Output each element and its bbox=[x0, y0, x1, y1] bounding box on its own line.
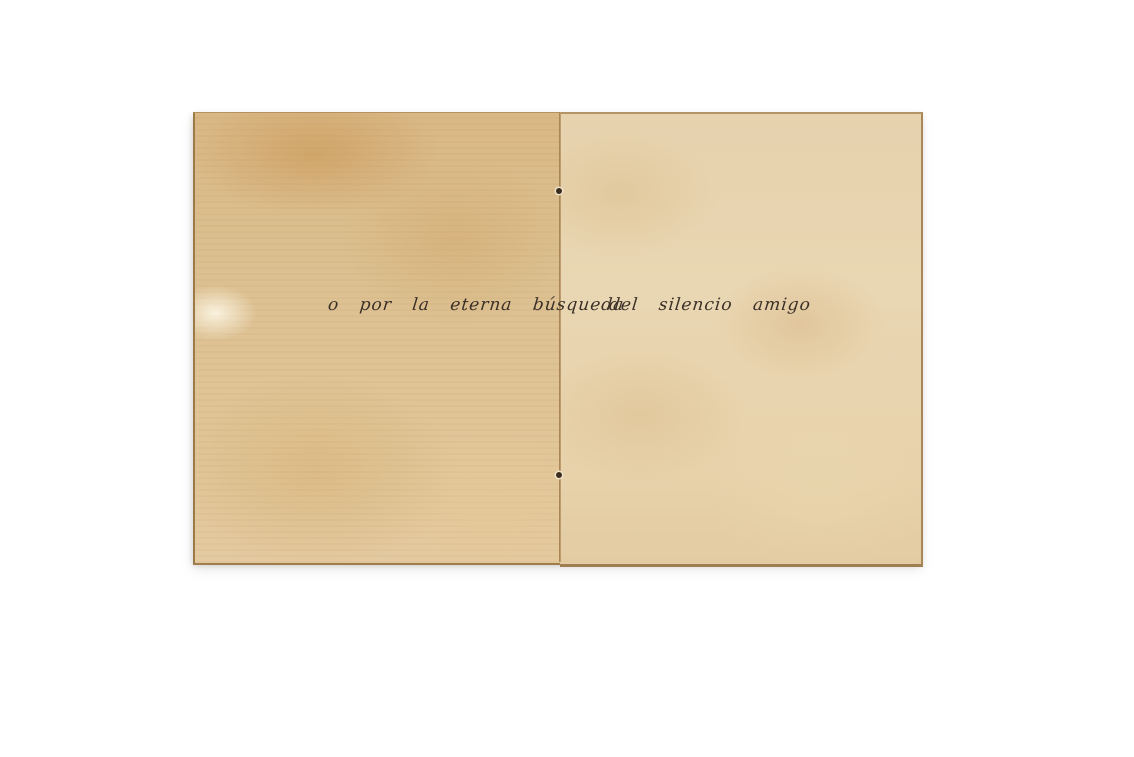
handwritten-word: la bbox=[411, 295, 431, 315]
handwritten-word: o bbox=[327, 295, 340, 315]
stitch-hole-bottom bbox=[556, 472, 562, 478]
book-spine bbox=[559, 112, 561, 562]
handwritten-word: eterna bbox=[449, 295, 513, 315]
handwritten-word: amigo bbox=[752, 295, 812, 315]
handwritten-text-left: o por la eterna búsqueda bbox=[327, 295, 639, 315]
stitch-hole-top bbox=[556, 188, 562, 194]
right-page bbox=[560, 112, 923, 567]
handwritten-word: del bbox=[608, 295, 639, 315]
handwritten-text-right: del silencio amigo bbox=[608, 295, 826, 315]
handwritten-word: silencio bbox=[658, 295, 734, 315]
handwritten-word: por bbox=[359, 295, 393, 315]
left-page bbox=[193, 112, 562, 565]
open-book: o por la eterna búsqueda del silencio am… bbox=[193, 112, 921, 562]
